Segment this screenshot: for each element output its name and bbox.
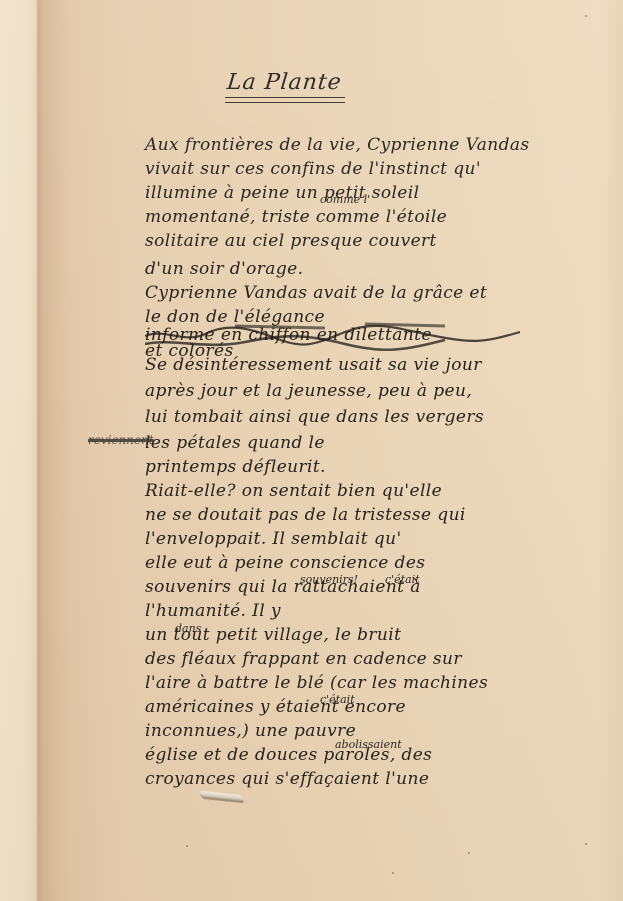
manuscript-line: américaines y étaient encore: [145, 697, 406, 717]
manuscript-line: Cyprienne Vandas avait de la grâce et: [145, 283, 487, 303]
margin-note-struck: reviennent: [88, 433, 154, 447]
manuscript-line: printemps défleurit.: [145, 457, 326, 477]
manuscript-line: Se désintéressement usait sa vie jour: [145, 355, 482, 375]
manuscript-line: l'humanité. Il y: [145, 601, 281, 621]
paper-speck: [585, 843, 587, 845]
page-title: La Plante: [226, 70, 343, 95]
manuscript-line: momentané, triste comme l'étoile: [145, 207, 447, 227]
interlinear-insertion: c'était: [385, 573, 420, 586]
manuscript-line: illumine à peine un petit soleil: [145, 183, 419, 203]
title-block: La Plante: [222, 70, 347, 103]
interlinear-insertion: c'était: [320, 693, 355, 706]
manuscript-line: les pétales quand le: [145, 433, 325, 453]
manuscript-line: elle eut à peine conscience des: [145, 553, 425, 573]
manuscript-line: l'enveloppait. Il semblait qu': [145, 529, 402, 549]
paper-tear-mark: [200, 791, 244, 803]
title-underline: [225, 97, 345, 98]
title-underline-second: [225, 102, 345, 103]
manuscript-line: lui tombait ainsi que dans les vergers: [145, 407, 484, 427]
paper-speck: [585, 15, 587, 17]
paper-speck: [392, 872, 394, 874]
manuscript-page: La Plante Aux frontières de la vie, Cypr…: [0, 0, 623, 901]
manuscript-line: l'aire à battre le blé (car les machines: [145, 673, 488, 693]
manuscript-line: ne se doutait pas de la tristesse qui: [145, 505, 466, 525]
interlinear-insertion: abolissaient: [335, 738, 402, 751]
manuscript-line: solitaire au ciel presque couvert: [145, 231, 437, 251]
manuscript-line: souvenirs qui la rattachaient à: [145, 577, 421, 597]
manuscript-line: d'un soir d'orage.: [145, 259, 303, 279]
interlinear-insertion: dans: [175, 622, 201, 635]
crossed-out-scribble: [145, 322, 520, 352]
paper-speck: [186, 845, 188, 847]
manuscript-line: inconnues,) une pauvre: [145, 721, 356, 741]
manuscript-line: croyances qui s'effaçaient l'une: [145, 769, 429, 789]
manuscript-line: des fléaux frappant en cadence sur: [145, 649, 462, 669]
manuscript-line: vivait sur ces confins de l'instinct qu': [145, 159, 481, 179]
manuscript-line: Aux frontières de la vie, Cyprienne Vand…: [145, 135, 530, 155]
manuscript-line: après jour et la jeunesse, peu à peu,: [145, 381, 472, 401]
interlinear-insertion: souvenirs!: [300, 573, 358, 586]
manuscript-line: Riait-elle? on sentait bien qu'elle: [145, 481, 442, 501]
paper-speck: [468, 852, 470, 854]
interlinear-insertion: comme l': [320, 193, 370, 206]
